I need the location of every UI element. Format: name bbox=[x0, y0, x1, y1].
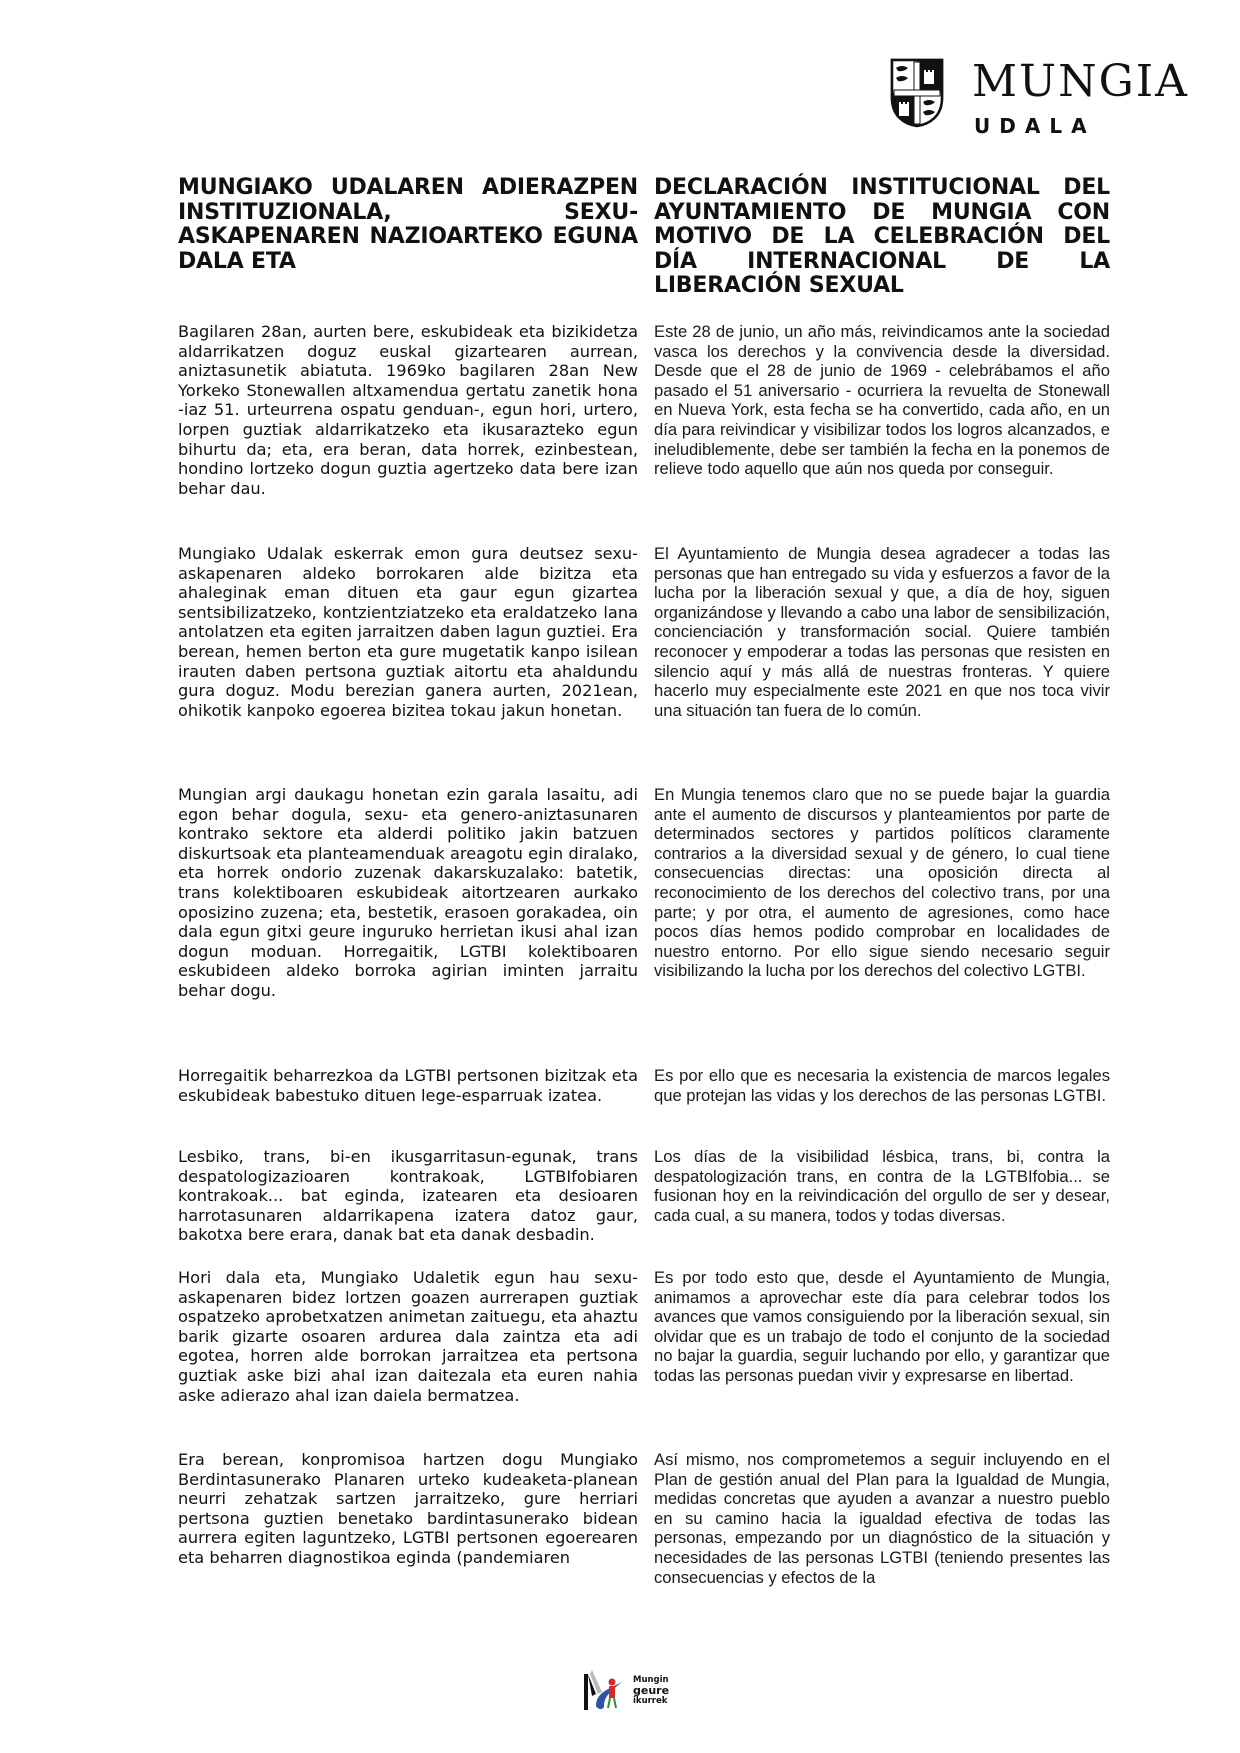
spanish-paragraph-4: Es por ello que es necesaria la existenc… bbox=[654, 1066, 1110, 1105]
spanish-paragraph-5: Los días de la visibilidad lésbica, tran… bbox=[654, 1147, 1110, 1225]
spanish-paragraph-3: En Mungia tenemos claro que no se puede … bbox=[654, 785, 1110, 981]
footer-logo-line2: geure bbox=[633, 1685, 669, 1696]
mungin-geure-ikurrek-logo: Mungin geure ikurrek bbox=[582, 1668, 669, 1712]
basque-paragraph-7: Era berean, konpromisoa hartzen dogu Mun… bbox=[178, 1450, 638, 1568]
basque-title: MUNGIAKO UDALAREN ADIERAZPEN INSTITUZION… bbox=[178, 176, 638, 274]
footer-logo-line1: Mungin bbox=[633, 1675, 669, 1685]
basque-paragraph-2: Mungiako Udalak eskerrak emon gura deuts… bbox=[178, 544, 638, 720]
document-page: MUNGIA UDALA MUNGIAKO UDALAREN ADIERAZPE… bbox=[0, 0, 1240, 1753]
footer-logo-line3: ikurrek bbox=[633, 1696, 669, 1706]
spanish-title: DECLARACIÓN INSTITUCIONAL DEL AYUNTAMIEN… bbox=[654, 176, 1110, 299]
spanish-paragraph-7: Así mismo, nos comprometemos a seguir in… bbox=[654, 1450, 1110, 1587]
mungin-geure-ikurrek-icon bbox=[582, 1668, 630, 1712]
spanish-paragraph-1: Este 28 de junio, un año más, reivindica… bbox=[654, 322, 1110, 479]
logo-subtitle: UDALA bbox=[974, 114, 1189, 138]
spanish-paragraph-6: Es por todo esto que, desde el Ayuntamie… bbox=[654, 1268, 1110, 1386]
basque-paragraph-5: Lesbiko, trans, bi-en ikusgarritasun-egu… bbox=[178, 1147, 638, 1245]
basque-paragraph-4: Horregaitik beharrezkoa da LGTBI pertson… bbox=[178, 1066, 638, 1105]
basque-paragraph-3: Mungian argi daukagu honetan ezin garala… bbox=[178, 785, 638, 1001]
spanish-paragraph-2: El Ayuntamiento de Mungia desea agradece… bbox=[654, 544, 1110, 720]
logo-title: MUNGIA bbox=[972, 60, 1189, 104]
basque-paragraph-1: Bagilaren 28an, aurten bere, eskubideak … bbox=[178, 322, 638, 498]
basque-paragraph-6: Hori dala eta, Mungiako Udaletik egun ha… bbox=[178, 1268, 638, 1405]
mungia-udala-logo: MUNGIA UDALA bbox=[890, 58, 1189, 138]
coat-of-arms-icon bbox=[890, 58, 944, 128]
